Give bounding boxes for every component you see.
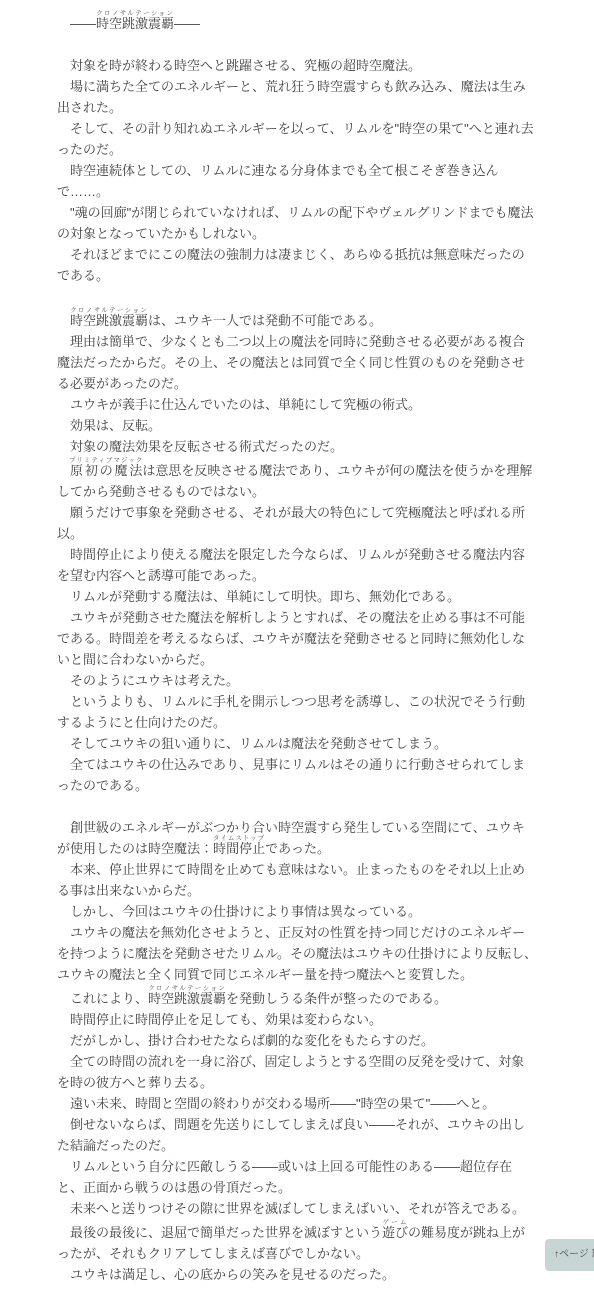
novel-paragraph: リムルが発動する魔法は、単純にして明快。即ち、無効化である。 xyxy=(57,586,537,607)
novel-paragraph: しかし、今回はユウキの仕掛けにより事情は異なっている。 xyxy=(57,901,537,922)
novel-paragraph: 場に満ちた全てのエネルギーと、荒れ狂う時空震すらも飲み込み、魔法は生み出された。 xyxy=(57,76,537,118)
ruby-annotated-term: 時間停止タイムストップ xyxy=(213,841,265,856)
novel-paragraph: 願うだけで事象を発動させる、それが最大の特色にして究極魔法と呼ばれる所以。 xyxy=(57,502,537,544)
novel-paragraph: そしてユウキの狙い通りに、リムルは魔法を発動させてしまう。 xyxy=(57,733,537,754)
page-top-button[interactable]: ↑ページト xyxy=(545,1239,594,1271)
page-top-button-label: ページト xyxy=(559,1249,594,1260)
novel-paragraph: 時間停止により使える魔法を限定した今ならば、リムルが発動させる魔法内容を望む内容… xyxy=(57,544,537,586)
novel-paragraph: 最後の最後に、退屈で簡単だった世界を滅ぼすという遊びゲームの難易度が跳ね上がった… xyxy=(57,1219,537,1264)
novel-paragraph: 未来へと送りつけその隙に世界を滅ぼしてしまえばいい、それが答えである。 xyxy=(57,1198,537,1219)
novel-paragraph: 時空連続体としての、リムルに連なる分身体までも全て根こそぎ巻き込んで……。 xyxy=(57,160,537,202)
novel-paragraph: 時間停止に時間停止を足しても、効果は変わらない。 xyxy=(57,1009,537,1030)
novel-paragraph: 創世級のエネルギーがぶつかり合い時空震すら発生している空間にて、ユウキが使用した… xyxy=(57,817,537,859)
novel-paragraph: 遠い未来、時間と空間の終わりが交わる場所――"時空の果て"――へと。 xyxy=(57,1093,537,1114)
ruby-annotated-term: 時空跳激震覇クロノサルテーション xyxy=(96,16,174,31)
novel-paragraph: "魂の回廊"が閉じられていなければ、リムルの配下やヴェルグリンドまでも魔法の対象… xyxy=(57,202,537,244)
novel-paragraph: 倒せないならば、問題を先送りにしてしまえば良い――それが、ユウキの出した結論だっ… xyxy=(57,1114,537,1156)
novel-paragraph: ユウキが義手に仕込んでいたのは、単純にして究極の術式。 xyxy=(57,394,537,415)
novel-paragraph: 理由は簡単で、少なくとも二つ以上の魔法を同時に発動させる必要がある複合魔法だった… xyxy=(57,331,537,394)
novel-paragraph: これにより、時空跳激震覇クロノサルテーションを発動しうる条件が整ったのである。 xyxy=(57,985,537,1009)
novel-paragraph: だがしかし、掛け合わせたならば劇的な変化をもたらすのだ。 xyxy=(57,1030,537,1051)
ruby-annotated-term: 時空跳激震覇クロノサルテーション xyxy=(70,313,148,328)
novel-paragraph: というよりも、リムルに手札を開示しつつ思考を誘導し、この状況でそう行動するように… xyxy=(57,691,537,733)
ruby-annotated-term: 原初の魔法プリミティブマジック xyxy=(70,463,142,478)
section-title-line: ――時空跳激震覇クロノサルテーション―― xyxy=(57,10,537,34)
novel-paragraph: ユウキの魔法を無効化させようと、正反対の性質を持つ同じだけのエネルギーを持つよう… xyxy=(57,922,537,985)
novel-paragraph: 本来、停止世界にて時間を止めても意味はない。止まったものをそれ以上止める事は出来… xyxy=(57,859,537,901)
ruby-annotated-term: 遊びゲーム xyxy=(382,1225,408,1240)
blank-line xyxy=(57,34,537,55)
novel-paragraph: 対象を時が終わる時空へと跳躍させる、究極の超時空魔法。 xyxy=(57,55,537,76)
ruby-annotated-term: 時空跳激震覇クロノサルテーション xyxy=(148,991,226,1006)
novel-paragraph: そのようにユウキは考えた。 xyxy=(57,670,537,691)
novel-paragraph: そして、その計り知れぬエネルギーを以って、リムルを"時空の果て"へと連れ去ったの… xyxy=(57,118,537,160)
novel-paragraph: リムルという自分に匹敵しうる――或いは上回る可能性のある――超位存在と、正面から… xyxy=(57,1156,537,1198)
novel-paragraph: 全ての時間の流れを一身に浴び、固定しようとする空間の反発を受けて、対象を時の彼方… xyxy=(57,1051,537,1093)
blank-line xyxy=(57,286,537,307)
novel-paragraph: 全てはユウキの仕込みであり、見事にリムルはその通りに行動させられてしまったのであ… xyxy=(57,754,537,796)
novel-body-text: ――時空跳激震覇クロノサルテーション―― 対象を時が終わる時空へと跳躍させる、究… xyxy=(57,10,537,1285)
novel-paragraph: ユウキは満足し、心の底からの笑みを見せるのだった。 xyxy=(57,1264,537,1285)
novel-paragraph: ユウキが発動させた魔法を解析しようとすれば、その魔法を止める事は不可能である。時… xyxy=(57,607,537,670)
blank-line xyxy=(57,796,537,817)
novel-paragraph: 対象の魔法効果を反転させる術式だったのだ。 xyxy=(57,436,537,457)
novel-paragraph: 効果は、反転。 xyxy=(57,415,537,436)
novel-paragraph: それほどまでにこの魔法の強制力は凄まじく、あらゆる抵抗は無意味だったのである。 xyxy=(57,244,537,286)
novel-paragraph: 原初の魔法プリミティブマジックは意思を反映させる魔法であり、ユウキが何の魔法を使… xyxy=(57,457,537,502)
novel-paragraph: 時空跳激震覇クロノサルテーションは、ユウキ一人では発動不可能である。 xyxy=(57,307,537,331)
